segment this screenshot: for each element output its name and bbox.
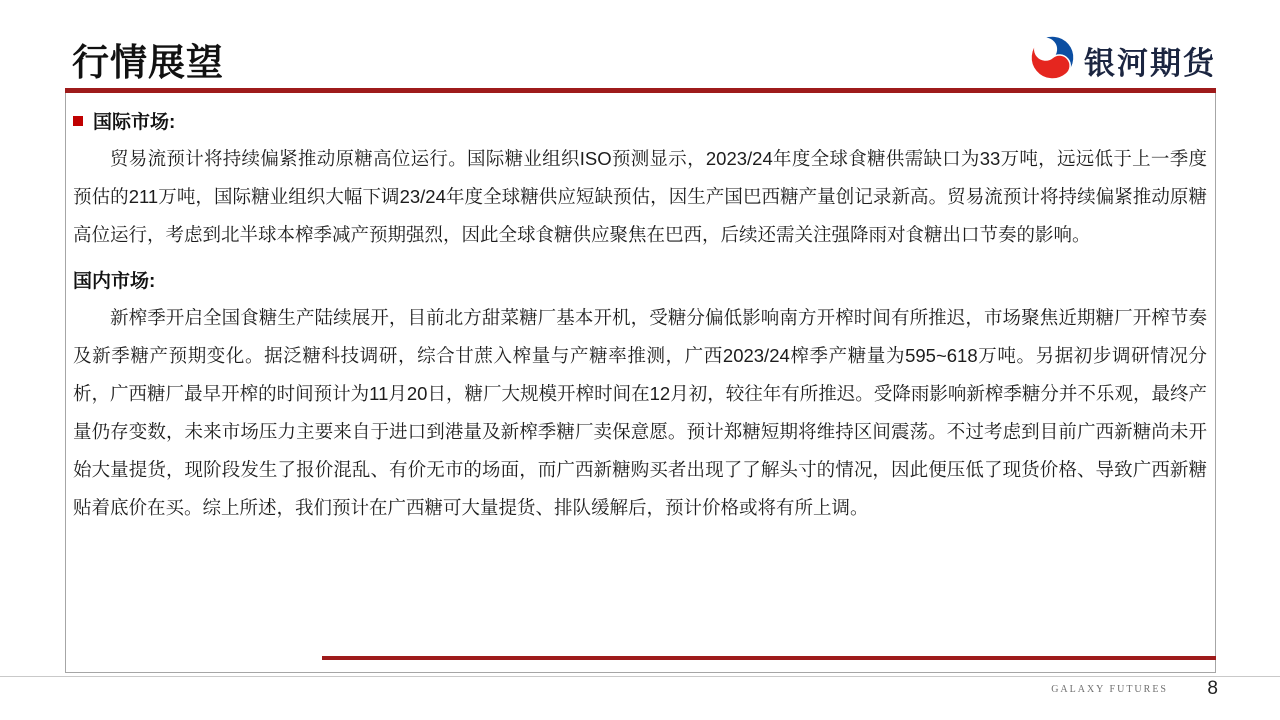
slide: 行情展望 银河期货 国际市场: 贸易流预计将持续偏紧推动原糖高位运行。国际糖业组…: [0, 0, 1280, 720]
international-market-paragraph: 贸易流预计将持续偏紧推动原糖高位运行。国际糖业组织ISO预测显示，2023/24…: [73, 140, 1207, 254]
red-square-bullet-icon: [73, 116, 83, 126]
galaxy-swirl-icon: [1029, 34, 1076, 86]
footer-brand-text: GALAXY FUTURES: [1051, 684, 1168, 695]
page-title: 行情展望: [72, 32, 224, 86]
brand-logo: 银河期货: [1029, 34, 1216, 86]
section-heading-domestic: 国内市场:: [73, 266, 1207, 293]
page-number: 8: [1207, 678, 1218, 700]
content-box: 国际市场: 贸易流预计将持续偏紧推动原糖高位运行。国际糖业组织ISO预测显示，2…: [65, 93, 1216, 673]
bottom-accent-rule: [322, 656, 1216, 660]
section-heading-label: 国内市场:: [73, 266, 155, 293]
section-heading-label: 国际市场:: [93, 107, 175, 134]
footer-divider-line: [0, 676, 1280, 677]
brand-name: 银河期货: [1084, 38, 1216, 83]
section-heading-international: 国际市场:: [73, 107, 1207, 134]
domestic-market-paragraph: 新榨季开启全国食糖生产陆续展开，目前北方甜菜糖厂基本开机，受糖分偏低影响南方开榨…: [73, 299, 1207, 527]
